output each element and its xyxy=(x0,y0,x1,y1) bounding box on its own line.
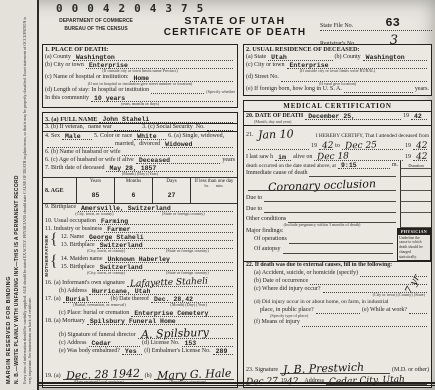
place-county-label: (a) County xyxy=(45,54,71,61)
informant-addr-label: (b) Address xyxy=(59,288,87,295)
last-saw-him: im xyxy=(278,154,286,161)
mother-birth-note1: (City, town, or county) xyxy=(87,271,125,276)
place-of-death-box: 1. PLACE OF DEATH: (a) County Washington… xyxy=(42,44,238,108)
license-value: 153 xyxy=(185,340,197,347)
binding-margin: MARGIN RESERVED FOR BINDING N. B.—WRITE … xyxy=(0,0,37,390)
age-months-value: 6 xyxy=(132,192,136,199)
spouse-age-value: Deceased xyxy=(139,157,170,164)
mother-name-label: 14. Maiden name xyxy=(61,256,103,263)
burial-type-label: 17. (a) xyxy=(45,296,61,303)
marital-value: Widowed xyxy=(165,141,192,148)
sex-value: Male xyxy=(65,133,81,140)
hospital-value: Home xyxy=(133,75,149,82)
margin-line-permanent-record: N. B.—WRITE PLAINLY WITH UNFADING INK—TH… xyxy=(14,14,20,384)
age-days-value: 27 xyxy=(168,192,176,199)
saw-year-prefix: 19 xyxy=(405,154,411,161)
residence-title: 2. USUAL RESIDENCE OF DECEASED: xyxy=(246,46,360,53)
last-saw-date-handwriting: Dec 18 xyxy=(317,151,349,162)
spouse-age-suffix: years xyxy=(222,157,235,164)
place-city-value: Enterprise xyxy=(89,62,128,69)
mortuary-addr-value: Cedar xyxy=(92,340,112,347)
to-date-handwriting: Dec 25 xyxy=(345,140,377,151)
father-brace: { xyxy=(49,233,59,255)
to-year-handwriting: 42 xyxy=(416,141,428,151)
burial-date-note: (Month) (Day) (Year) xyxy=(170,303,206,308)
funeral-director-label: (b) Signature of funeral director xyxy=(59,332,136,339)
birthdate-label: 7. Birth date of deceased xyxy=(45,165,104,172)
foreign-born-suffix: years. xyxy=(415,86,429,93)
due-to-2-label: Due to xyxy=(246,206,262,213)
attended-from-handwriting: Jan 10 xyxy=(257,127,293,141)
physician-box-title: PHYSICIAN xyxy=(398,229,430,235)
dod-year-value: 42 xyxy=(414,113,422,120)
external-causes-title: 22. If death was due to external causes,… xyxy=(246,262,392,269)
to-year-prefix: 19 xyxy=(405,143,411,150)
medical-certification-box: MEDICAL CERTIFICATION 7 yr 20. DATE OF D… xyxy=(243,100,432,388)
spouse-label: 6. (b) Name of husband or wife xyxy=(45,149,120,156)
fullname-value: John Staheli xyxy=(102,116,149,123)
place-title: 1. PLACE OF DEATH: xyxy=(45,46,108,53)
informant-addr-value: Hurricane, Utah xyxy=(92,288,151,295)
mortuary-name-label: 18. (a) Mortuary xyxy=(45,318,85,325)
immediate-cause-label: Immediate cause of death xyxy=(246,170,307,177)
registrar-b-label: (b) xyxy=(145,373,152,380)
burial-place-label: (c) Place: burial or cremation xyxy=(59,310,129,317)
foreign-born-label: (e) If foreign born, how long in U. S. A… xyxy=(246,86,342,93)
color-label2: race xyxy=(122,133,132,140)
birthplace-note2: (State or foreign country) xyxy=(162,212,205,217)
age-hr-label: hr. xyxy=(205,184,209,189)
age-min-label: min. xyxy=(216,184,224,189)
veteran-label2: name war xyxy=(88,124,112,131)
color-label: 5. Color or xyxy=(94,133,120,140)
form-header: DEPARTMENT OF COMMERCE BUREAU OF THE CEN… xyxy=(42,15,432,44)
residence-state-value: Utah xyxy=(271,54,287,61)
time-of-death: 9:15 xyxy=(341,162,357,169)
left-column: 1. PLACE OF DEATH: (a) County Washington… xyxy=(42,44,238,388)
death-certificate-scan: MARGIN RESERVED FOR BINDING N. B.—WRITE … xyxy=(0,0,435,390)
last-saw-prefix: I last saw h xyxy=(246,154,273,161)
date-of-death-value: December 25, xyxy=(308,113,355,120)
to-label: to xyxy=(335,143,340,150)
community-note: years, months or days) xyxy=(43,102,237,107)
embalmed-value: Yes xyxy=(125,348,137,355)
certificate-title: CERTIFICATE OF DEATH xyxy=(150,27,320,38)
state-file-number: 63 xyxy=(385,16,399,30)
place-city-label: (b) City or town xyxy=(45,62,84,69)
spouse-age-label: 6. (c) Age of husband or wife if alive xyxy=(45,157,134,164)
veteran-label: 3. (b) If veteran, xyxy=(45,124,84,131)
major-findings-label: Major findings: xyxy=(246,228,284,235)
residence-box: 2. USUAL RESIDENCE OF DECEASED: (a) Stat… xyxy=(243,44,432,96)
funeral-director-signature: A. Spilsbury xyxy=(141,326,209,341)
burial-type-note: (Burial, cremation, or removal) xyxy=(73,303,125,308)
ssn-label2: No. xyxy=(196,124,205,131)
bottom-rule xyxy=(39,382,435,386)
other-conditions-label: Other conditions xyxy=(246,216,286,223)
birthplace-note1: (City, town, or county) xyxy=(75,212,113,217)
dod-year-prefix: 19 xyxy=(403,113,409,120)
external-d-label: (d) Did injury occur in or about home, o… xyxy=(254,299,388,306)
physician-instruction-box: PHYSICIAN Underline the cause to which d… xyxy=(397,228,431,262)
state-file-label: State File No. xyxy=(320,23,353,30)
physician-sig-label: 23. Signature xyxy=(246,367,278,374)
occupation-label: 10. Usual occupation xyxy=(45,218,96,225)
mother-group: MOTHER { 14. Maiden name Unknown Haberle… xyxy=(43,255,237,277)
occurred-m-label: m. xyxy=(392,162,398,169)
of-operations-label: Of operations xyxy=(254,236,287,243)
marital-label: 6. (a) Single, widowed, xyxy=(168,133,224,140)
embalmer-license-label: (f) Embalmer's License No. xyxy=(144,348,210,355)
father-name-label: 12. Name xyxy=(61,234,84,241)
mother-name-value: Unknown Haberley xyxy=(108,256,170,263)
mortuary-addr-label: (c) Address xyxy=(59,340,87,347)
burial-type-value: Burial xyxy=(66,296,89,303)
margin-line-binding: MARGIN RESERVED FOR BINDING xyxy=(6,14,12,384)
occupation-value: Farming xyxy=(101,218,128,225)
physician-sig-suffix: (M.D. or other) xyxy=(392,367,429,374)
residence-county-value: Washington xyxy=(366,54,405,61)
certify-number: 21. xyxy=(246,132,254,139)
mother-side-label: MOTHER xyxy=(44,255,49,277)
personal-data-box: 3. (a) FULL NAME John Staheli 3. (b) If … xyxy=(42,112,238,388)
father-birth-value: Switzerland xyxy=(100,242,143,249)
mother-birth-value: Switzerland xyxy=(100,264,143,271)
residence-city-value: Enterprise xyxy=(290,62,329,69)
state-title: STATE OF UTAH xyxy=(150,15,320,27)
burial-date-value: Dec. 28,42 xyxy=(154,296,193,303)
birthdate-value: May 28, 1857 xyxy=(109,165,156,172)
external-c-label: (c) Where did injury occur? xyxy=(254,286,321,293)
father-side-label: FATHER xyxy=(44,233,49,255)
registrar-row-label: 19. (a) xyxy=(45,373,61,380)
due-to-1-label: Due to xyxy=(246,195,262,202)
birthplace-value: Amersville, Switzerland xyxy=(81,205,171,212)
right-column: 2. USUAL RESIDENCE OF DECEASED: (a) Stat… xyxy=(243,44,432,388)
informant-sig-label: 16. (a) Informant's own signature xyxy=(45,280,125,287)
father-group: FATHER { 12. Name George Staheli 13. Bir… xyxy=(43,233,237,255)
father-name-value: George Staheli xyxy=(89,234,144,241)
license-label: (d) License No. xyxy=(142,340,180,347)
external-a-label: (a) Accident, suicide, or homicide (spec… xyxy=(254,270,358,277)
medical-certification-title: MEDICAL CERTIFICATION xyxy=(244,101,431,112)
father-birth-note2: (State or foreign country) xyxy=(166,249,209,254)
embalmed-label: (e) Was body embalmed? xyxy=(59,348,120,355)
department-line2: BUREAU OF THE CENSUS xyxy=(42,26,150,34)
margin-line-instructions: Every item of information should be care… xyxy=(22,14,33,384)
department-block: DEPARTMENT OF COMMERCE BUREAU OF THE CEN… xyxy=(42,15,150,33)
age-less-than-day-header: If less than one day xyxy=(193,179,235,184)
stay-label: (d) Length of stay: In hospital or insti… xyxy=(45,87,149,94)
residence-city-label: (c) City or town xyxy=(246,62,285,69)
embalmer-license-value: 289 xyxy=(216,348,228,355)
ssn-label: 3. (c) Social Security xyxy=(142,124,193,131)
fullname-label: 3. (a) FULL NAME xyxy=(45,116,97,123)
mother-birth-note2: (State or foreign country) xyxy=(166,271,209,276)
community-value: 10 years xyxy=(94,95,125,102)
mortuary-name-value: Spilsbury Funeral Home xyxy=(90,318,176,325)
external-b-label: (b) Date of occurrence xyxy=(254,278,308,285)
mother-brace: { xyxy=(49,255,59,277)
means-of-injury-label: (f) Means of injury xyxy=(254,319,300,326)
certificate-serial-stamp: 0004204375 xyxy=(42,2,432,15)
from-year-prefix: 19 xyxy=(311,143,317,150)
certificate-form: 0004204375 DEPARTMENT OF COMMERCE BUREAU… xyxy=(37,0,435,390)
marital-label2: married, xyxy=(115,141,135,148)
major-findings-block: Major findings: Of operations Of autopsy… xyxy=(244,228,431,262)
physician-box-text: Underline the cause to which death shoul… xyxy=(398,235,430,261)
color-value: White xyxy=(137,133,157,140)
age-label: 8. AGE xyxy=(45,188,64,194)
of-autopsy-label: Of autopsy xyxy=(254,246,281,253)
sex-label: 4. Sex xyxy=(45,133,60,140)
residence-state-label: (a) State xyxy=(246,54,266,61)
industry-value: Farmer xyxy=(107,226,130,233)
place-county-value: Washington xyxy=(76,54,115,61)
age-table: 8. AGE Years 85 Months 6 Days 27 xyxy=(43,177,237,204)
marital-label3: divorced xyxy=(139,141,160,148)
form-columns: 1. PLACE OF DEATH: (a) County Washington… xyxy=(42,44,432,388)
residence-county-label: (b) County xyxy=(335,54,361,61)
father-birth-note1: (City, town, or county) xyxy=(87,249,125,254)
external-e-label: (e) While at work? xyxy=(362,307,407,314)
form-title: STATE OF UTAH CERTIFICATE OF DEATH xyxy=(150,15,320,38)
age-years-value: 85 xyxy=(92,192,100,199)
birthplace-label: 9. Birthplace xyxy=(45,204,76,211)
from-year-handwriting: 42 xyxy=(322,141,334,151)
saw-year-handwriting: 42 xyxy=(416,152,428,162)
last-saw-alive-label: alive on xyxy=(293,154,312,161)
department-line1: DEPARTMENT OF COMMERCE xyxy=(42,18,150,26)
street-label: (d) Street No. xyxy=(246,74,279,81)
burial-place-value: Enterprise Cemetery xyxy=(134,310,208,317)
community-label: In this community xyxy=(45,95,89,102)
